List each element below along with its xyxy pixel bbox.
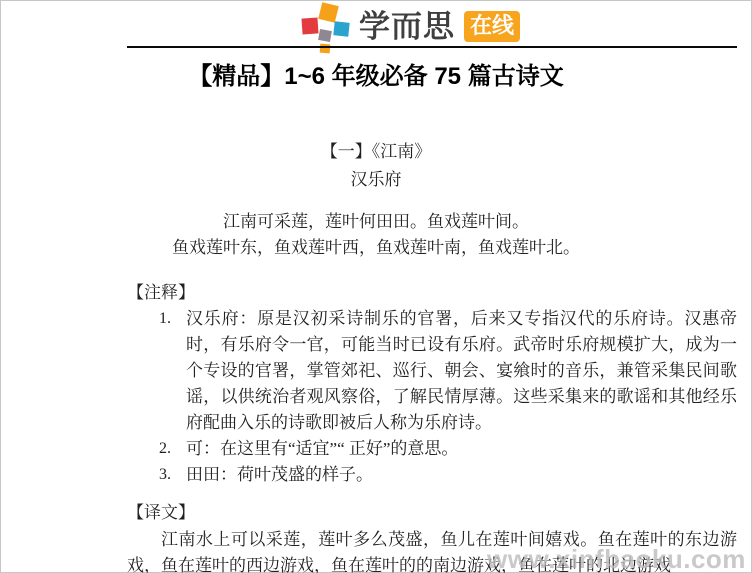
note-number: 1. (159, 306, 186, 332)
logo-square-middle-icon (318, 29, 332, 42)
document-page: 学而思 在线 【精品】1~6 年级必备 75 篇古诗文 【一】《江南》 汉乐府 … (0, 0, 752, 573)
logo-square-left-icon (301, 17, 318, 34)
note-text: 可：在这里有“适宜”“ 正好”的意思。 (186, 436, 737, 462)
note-item: 1. 汉乐府：原是汉初采诗制乐的官署，后来又专指汉代的乐府诗。汉惠帝时，有乐府令… (159, 306, 737, 436)
note-text: 汉乐府：原是汉初采诗制乐的官署，后来又专指汉代的乐府诗。汉惠帝时，有乐府令一官，… (186, 306, 737, 436)
brand-logo-icon (296, 3, 350, 49)
header-rule (127, 46, 737, 48)
brand-badge: 在线 (464, 11, 520, 42)
brand-logo: 学而思 在线 (296, 4, 520, 48)
translation-section-heading: 【译文】 (127, 502, 195, 524)
doc-title: 【精品】1~6 年级必备 75 篇古诗文 (0, 56, 752, 91)
notes-section-heading: 【注释】 (127, 282, 195, 304)
note-number: 3. (159, 462, 186, 488)
note-item: 2. 可：在这里有“适宜”“ 正好”的意思。 (159, 436, 737, 462)
logo-square-top-icon (318, 2, 339, 23)
note-number: 2. (159, 436, 186, 462)
note-item: 3. 田田：荷叶茂盛的样子。 (159, 462, 737, 488)
poem-line: 江南可采莲，莲叶何田田。鱼戏莲叶间。 (0, 211, 752, 233)
poem-author: 汉乐府 (0, 169, 752, 191)
poem-line: 鱼戏莲叶东，鱼戏莲叶西，鱼戏莲叶南，鱼戏莲叶北。 (0, 237, 752, 259)
logo-square-right-icon (333, 21, 349, 36)
watermark: www.xinfbaoku.com (487, 544, 746, 573)
poem-heading: 【一】《江南》 (0, 141, 752, 163)
brand-name: 学而思 (359, 11, 455, 42)
notes-list: 1. 汉乐府：原是汉初采诗制乐的官署，后来又专指汉代的乐府诗。汉惠帝时，有乐府令… (159, 306, 737, 488)
note-text: 田田：荷叶茂盛的样子。 (186, 462, 737, 488)
